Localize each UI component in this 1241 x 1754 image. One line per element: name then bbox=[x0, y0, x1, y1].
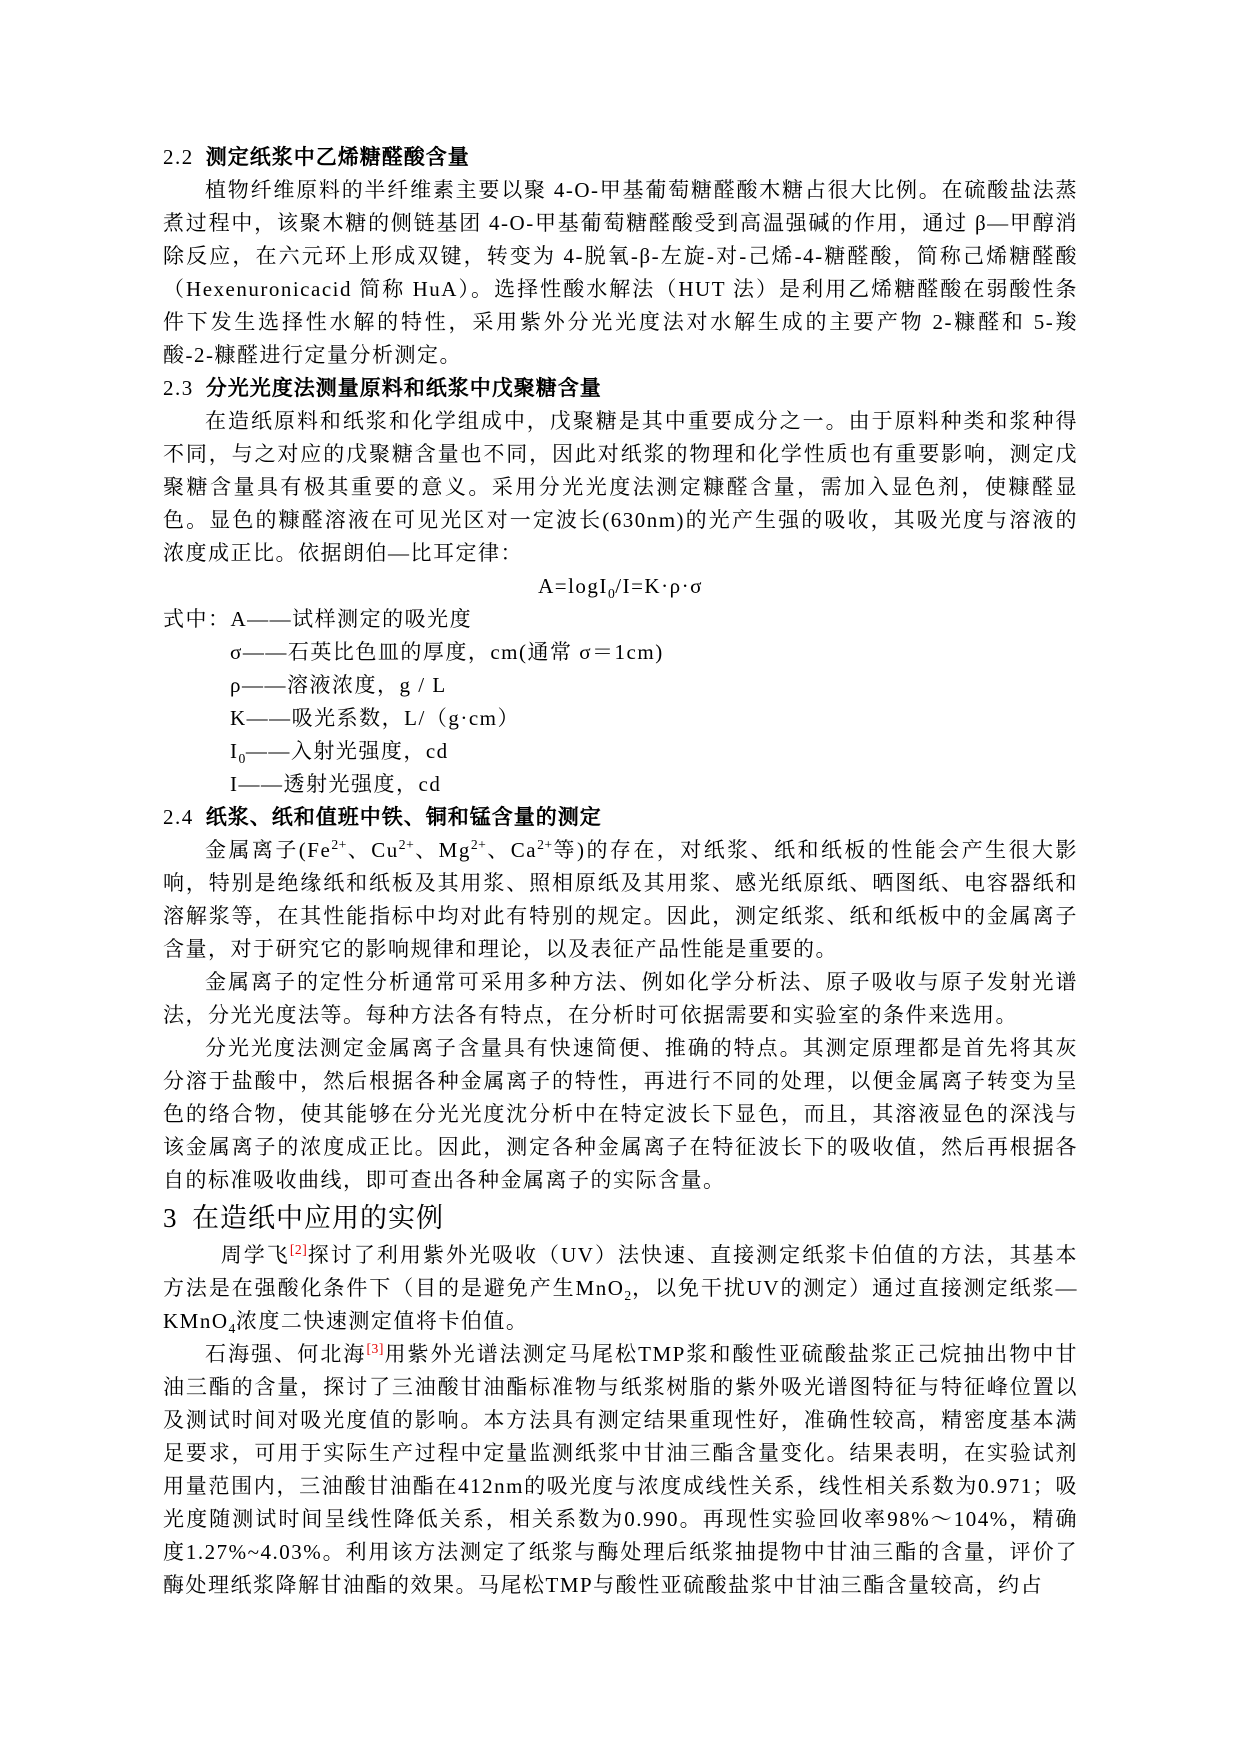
where-label: 式中： bbox=[163, 607, 231, 631]
symbol-K: K bbox=[230, 706, 247, 730]
section-2-4-paragraph-3: 分光光度法测定金属离子含量具有快速简便、推确的特点。其测定原理都是首先将其灰分溶… bbox=[163, 1032, 1078, 1197]
section-2-4-paragraph-2: 金属离子的定性分析通常可采用多种方法、例如化学分析法、原子吸收与原子发射光谱法，… bbox=[163, 966, 1078, 1032]
section-2-2-heading: 2.2测定纸浆中乙烯糖醛酸含量 bbox=[163, 141, 1078, 174]
section-3-heading: 3在造纸中应用的实例 bbox=[163, 1197, 1078, 1239]
definition-text-I0: 入射光强度，cd bbox=[291, 739, 449, 763]
definition-row-sigma: σ——石英比色皿的厚度，cm(通常 σ＝1cm) bbox=[163, 636, 1078, 669]
definition-row-rho: ρ——溶液浓度，g / L bbox=[163, 669, 1078, 702]
symbol-A: A bbox=[231, 607, 248, 631]
section-2-4-heading: 2.4纸浆、纸和值班中铁、铜和锰含量的测定 bbox=[163, 801, 1078, 834]
section-2-4-title: 纸浆、纸和值班中铁、铜和锰含量的测定 bbox=[206, 806, 602, 829]
definition-row-I: I——透射光强度，cd bbox=[163, 768, 1078, 801]
section-3-number: 3 bbox=[163, 1203, 178, 1233]
formula-definition-list: 式中：A——试样测定的吸光度 σ——石英比色皿的厚度，cm(通常 σ＝1cm) … bbox=[163, 603, 1078, 801]
section-2-3-paragraph: 在造纸原料和纸浆和化学组成中，戊聚糖是其中重要成分之一。由于原料种类和浆种得不同… bbox=[163, 405, 1078, 570]
section-2-4-number: 2.4 bbox=[163, 805, 194, 829]
document-page: 2.2测定纸浆中乙烯糖醛酸含量 植物纤维原料的半纤维素主要以聚 4-O-甲基葡萄… bbox=[0, 0, 1241, 1754]
symbol-sigma: σ bbox=[230, 640, 243, 664]
section-2-2-title: 测定纸浆中乙烯糖醛酸含量 bbox=[206, 146, 470, 169]
dash: —— bbox=[247, 706, 292, 730]
dash: —— bbox=[247, 607, 292, 631]
section-3-title: 在造纸中应用的实例 bbox=[192, 1203, 444, 1233]
dash: —— bbox=[246, 739, 291, 763]
symbol-I0: I0 bbox=[230, 739, 246, 763]
section-2-3-heading: 2.3分光光度法测量原料和纸浆中戊聚糖含量 bbox=[163, 372, 1078, 405]
definition-text-sigma: 石英比色皿的厚度，cm(通常 σ＝1cm) bbox=[288, 640, 664, 664]
definition-text-rho: 溶液浓度，g / L bbox=[287, 673, 447, 697]
dash: —— bbox=[239, 772, 284, 796]
definition-text-K: 吸光系数，L/（g·cm） bbox=[292, 706, 520, 730]
section-3-paragraph-1: 周学飞[2]探讨了利用紫外光吸收（UV）法快速、直接测定纸浆卡伯值的方法，其基本… bbox=[163, 1239, 1078, 1338]
definition-row-K: K——吸光系数，L/（g·cm） bbox=[163, 702, 1078, 735]
dash: —— bbox=[242, 673, 287, 697]
definition-text-A: 试样测定的吸光度 bbox=[292, 607, 472, 631]
symbol-I: I bbox=[230, 772, 239, 796]
beer-lambert-formula: A=logI0/I=K·ρ·σ bbox=[163, 570, 1078, 603]
definition-row-A: 式中：A——试样测定的吸光度 bbox=[163, 603, 1078, 636]
section-3-paragraph-2: 石海强、何北海[3]用紫外光谱法测定马尾松TMP浆和酸性亚硫酸盐浆正己烷抽出物中… bbox=[163, 1338, 1078, 1602]
definition-row-I0: I0——入射光强度，cd bbox=[163, 735, 1078, 768]
section-2-2-number: 2.2 bbox=[163, 145, 194, 169]
section-2-4-paragraph-1: 金属离子(Fe2+、Cu2+、Mg2+、Ca2+等)的存在，对纸浆、纸和纸板的性… bbox=[163, 834, 1078, 966]
section-2-3-title: 分光光度法测量原料和纸浆中戊聚糖含量 bbox=[206, 377, 602, 400]
dash: —— bbox=[243, 640, 288, 664]
section-2-3-number: 2.3 bbox=[163, 376, 194, 400]
definition-text-I: 透射光强度，cd bbox=[284, 772, 442, 796]
symbol-rho: ρ bbox=[230, 673, 242, 697]
section-2-2-paragraph: 植物纤维原料的半纤维素主要以聚 4-O-甲基葡萄糖醛酸木糖占很大比例。在硫酸盐法… bbox=[163, 174, 1078, 372]
